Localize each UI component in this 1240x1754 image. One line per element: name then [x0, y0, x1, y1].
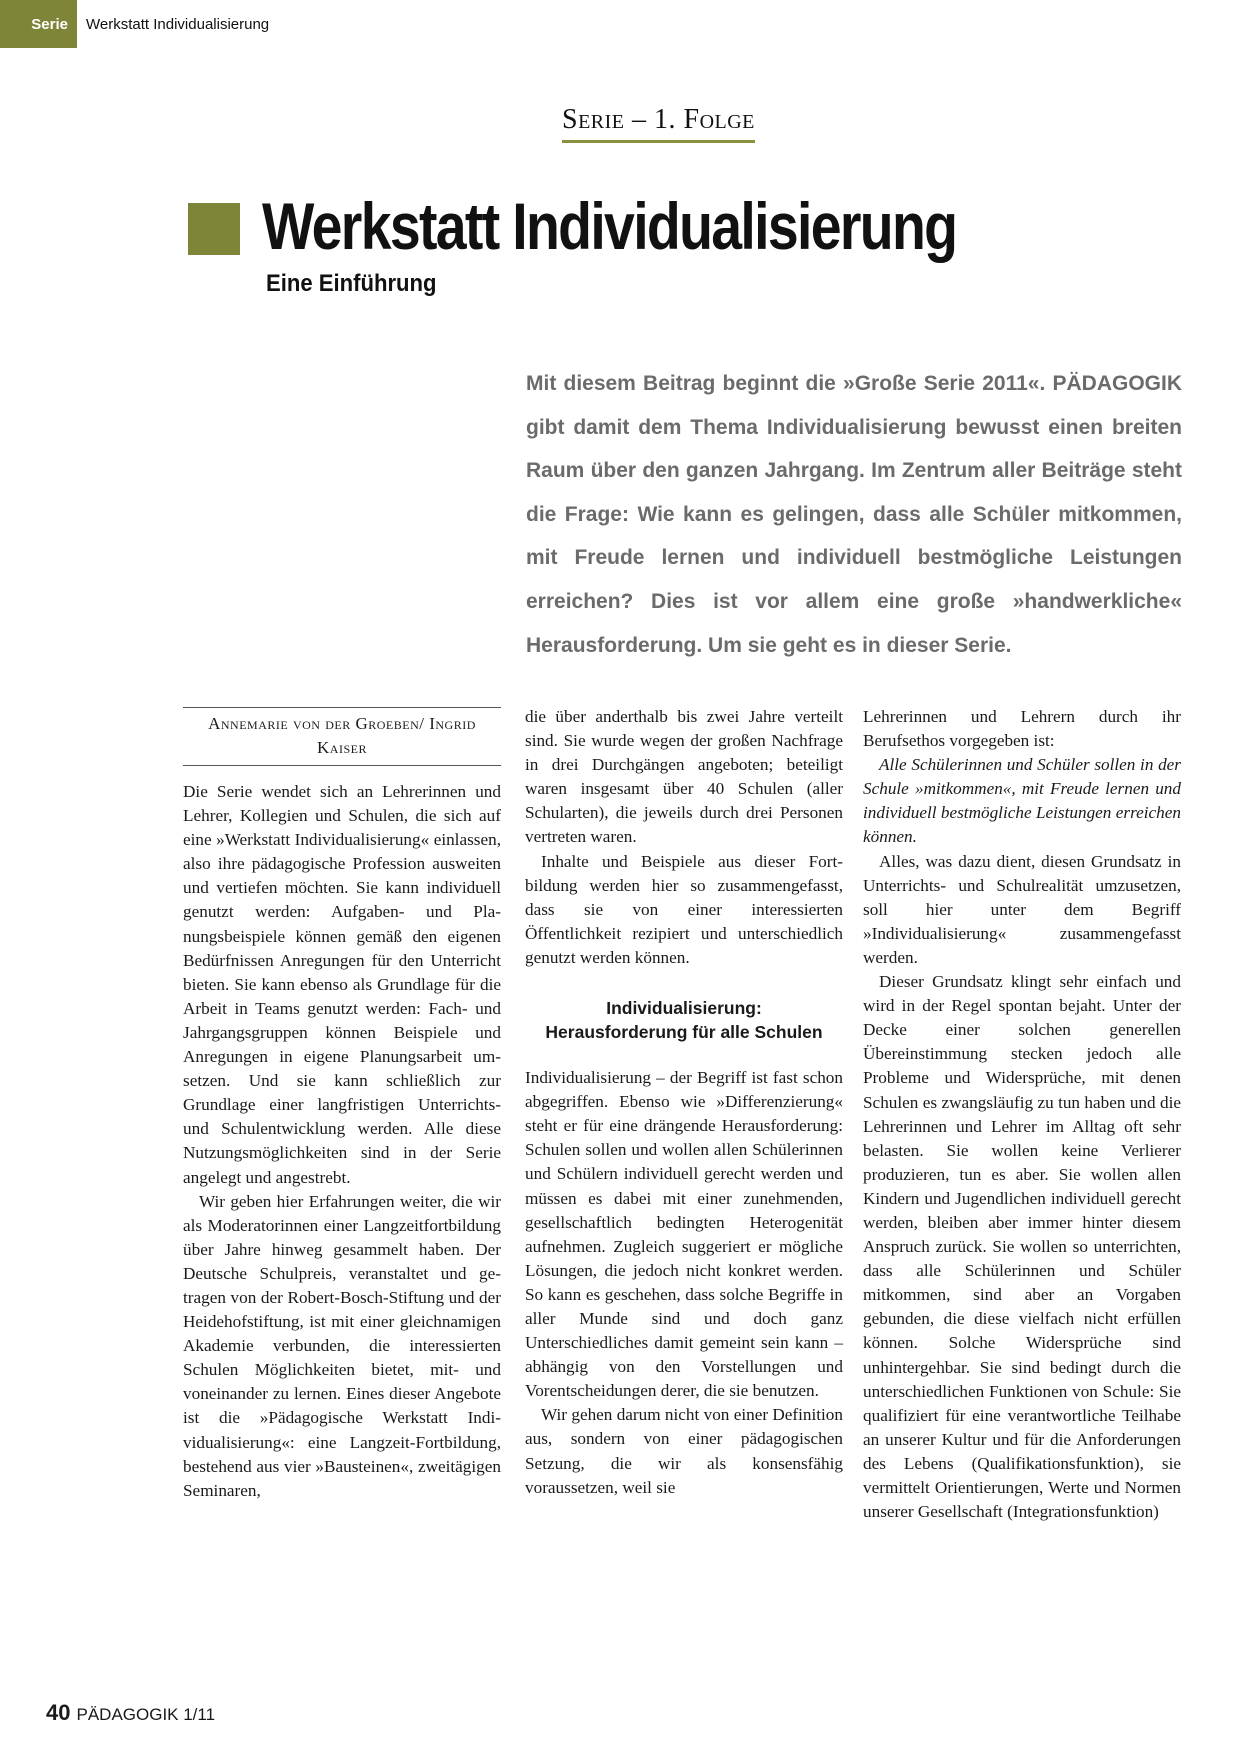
page-footer: 40 PÄDAGOGIK 1/11 [46, 1700, 215, 1726]
section-tag: Serie [0, 0, 77, 48]
paragraph: Dieser Grundsatz klingt sehr ein­fach un… [863, 970, 1181, 1524]
paragraph: Individualisierung – der Begriff ist fas… [525, 1066, 843, 1403]
section-heading-line: Herausforderung für alle Schulen [525, 1020, 843, 1044]
accent-square-icon [188, 203, 240, 255]
running-title: Werkstatt Individualisierung [86, 16, 269, 33]
article-title: Werkstatt Individualisierung [262, 188, 956, 264]
byline: Annemarie von der Groeben/ Ingrid Kaiser [183, 707, 501, 766]
paragraph: Wir geben hier Erfahrungen wei­ter, die … [183, 1190, 501, 1503]
paragraph: Alles, was dazu dient, diesen Grundsatz … [863, 850, 1181, 970]
paragraph: Die Serie wendet sich an Lehrerinnen und… [183, 780, 501, 1190]
series-kicker: Serie – 1. Folge [562, 104, 755, 143]
paragraph: Inhalte und Beispiele aus dieser Fort­bi… [525, 850, 843, 970]
page-number: 40 [46, 1700, 70, 1726]
column-3: Lehrerinnen und Lehrern durch ihr Berufs… [863, 705, 1181, 1524]
lead-paragraph: Mit diesem Beitrag beginnt die »Große Se… [526, 362, 1182, 667]
title-block: Werkstatt Individualisierung [188, 188, 1089, 264]
column-1: Die Serie wendet sich an Lehrerinnen und… [183, 780, 501, 1503]
paragraph: Wir gehen darum nicht von einer Definiti… [525, 1403, 843, 1499]
magazine-issue: PÄDAGOGIK 1/11 [76, 1705, 215, 1725]
section-heading: Individualisierung: Herausforderung für … [525, 996, 843, 1044]
paragraph: Lehrerinnen und Lehrern durch ihr Berufs… [863, 705, 1181, 753]
quote-paragraph: Alle Schülerinnen und Schüler sollen in … [863, 753, 1181, 849]
column-2: die über anderthalb bis zwei Jahre verte… [525, 705, 843, 1500]
section-heading-line: Individualisierung: [525, 996, 843, 1020]
paragraph: die über anderthalb bis zwei Jahre verte… [525, 705, 843, 850]
article-subtitle: Eine Einführung [266, 270, 437, 298]
running-header: Serie Werkstatt Individualisierung [0, 0, 269, 48]
